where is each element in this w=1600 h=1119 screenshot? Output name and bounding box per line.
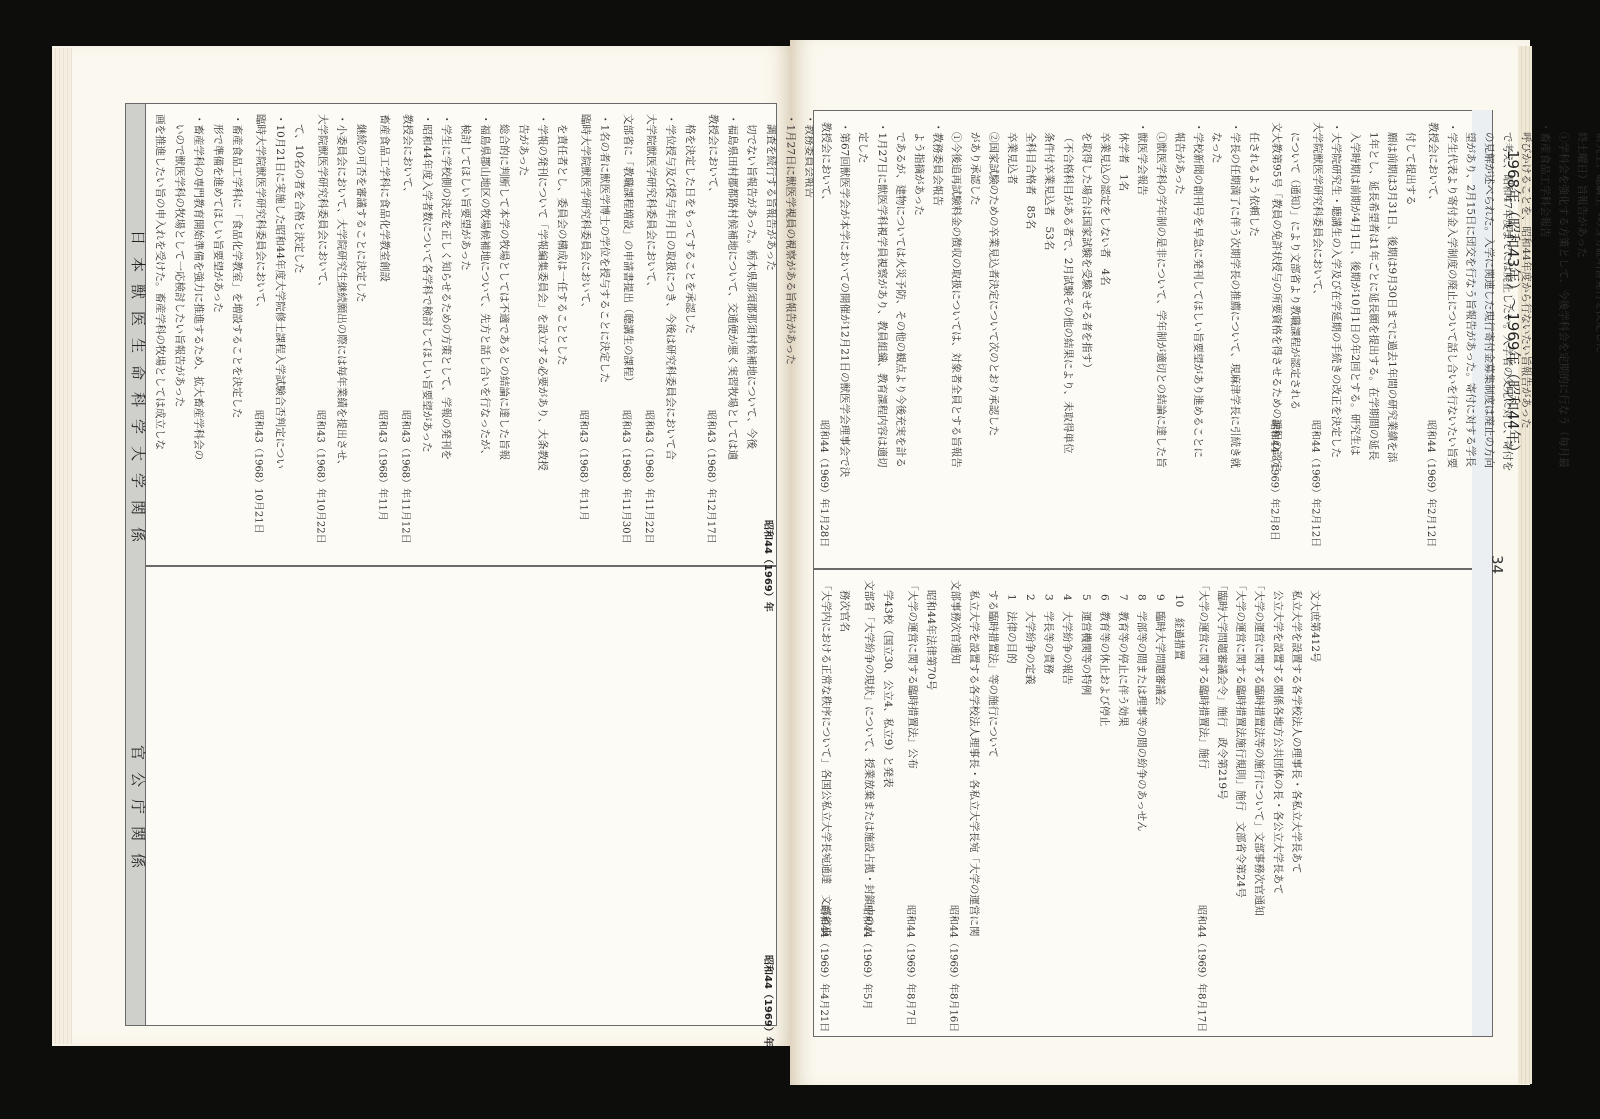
section-title-government: 官公庁関係 (128, 745, 149, 880)
section-divider (145, 565, 776, 567)
entry-line: 大学院獣医学研究科委員会において、 (1308, 122, 1327, 300)
entry-line: 教授会において、 (1423, 122, 1442, 206)
entry-line: ・畜産食品工学科に「食品化学教室」を増設することを決定した (227, 114, 246, 419)
entry-line: （不合格科目がある者で、2月試験その他の結果により、未取得単位 (1058, 132, 1077, 453)
entry-date: 昭和44（1969）年8月7日 (904, 905, 919, 1026)
entry-line: 「大学の運営に関する臨時措置法等の施行について」文部事務次官通知 (1249, 580, 1268, 916)
entry-line: て、10名の者を合格と決定した (289, 124, 308, 274)
entry-line: 告があった (513, 124, 532, 176)
entry-line: 臨時大学院獣医学研究科委員会において、 (575, 114, 594, 313)
entry-line: であるが、建物については火災予防、その他の観点より今後充実を計る (890, 132, 909, 468)
entry-date: 昭和43（1968）年12月17日 (705, 410, 720, 544)
entry-line: 「大学の運営に関する臨時措置法」施行 (1193, 580, 1212, 769)
entry-line: 調査を続行する旨報告があった (761, 124, 780, 271)
entry-line: 1年とし、延長希望者は1年ごとに延長願を提出する。在学期間の延長 (1363, 132, 1382, 460)
numbered-item: 9 臨時大学問題審議会 (1150, 594, 1169, 706)
entry-line: ・学生代表より寄付金入学制度の廃止について話し合いを行ないたい旨要 (1442, 122, 1461, 468)
entry-date: 昭和44（1969）年2月12日 (1310, 420, 1325, 547)
entry-line: 卒業見込者 (1002, 132, 1021, 185)
entry-line: 入学時期は前期が4月1日、後期が10月1日の年2回とする。研究生は (1345, 132, 1364, 456)
entry-line: なった (1207, 132, 1226, 164)
entry-date: 昭和43（1968）年11月22日 (643, 410, 658, 544)
entry-line: ・学長の任期満了に伴う次期学長の推薦について、現麻津学長に引続き就 (1225, 122, 1244, 468)
entry-line: 昭和44年法律第70号 (921, 590, 940, 690)
entry-line: 報告があった (1169, 132, 1188, 195)
entry-line: 学43校（国立30、公立4、私立9）と発表 (878, 590, 897, 788)
entry-line: 畜産食品工学科に食品化学教室創設 (374, 114, 393, 282)
entry-line: 文大庶第412号 (1305, 590, 1324, 663)
entry-line: 画を推進したい旨の申入れを受けた。畜産学科の牧場としては成立しな (150, 114, 169, 450)
entry-line: 文部省に「教職課程増設」の申請書提出（聴講生の課程） (618, 114, 637, 387)
entry-line: 休学者 1名 (1114, 132, 1133, 191)
entry-date: 昭和44（1969）年8月16日 (948, 905, 963, 1032)
entry-line: 私立大学を設置する各学校法人理事長・各私立大学長宛「大学の運営に関 (964, 590, 983, 937)
entry-line: 「臨時大学問題審議会令」施行 政令第219号 (1212, 580, 1231, 800)
entry-line: ①学科会を強化する方策として、今後学科会を定期的に行なう（毎月最 (1553, 132, 1572, 468)
entry-date: 昭和44（1969）年2月12日 (1425, 420, 1440, 547)
entry-date: 昭和43（1968）年11月12日 (400, 410, 415, 544)
entry-line: 形で準備を進めてほしい旨要望があった (208, 124, 227, 313)
entry-line: 教授会において、 (703, 114, 722, 198)
entry-line: 検討してほしい旨要望があった (456, 124, 475, 271)
page-edges-left (52, 48, 72, 1044)
entry-line: があり承認した (965, 132, 984, 206)
entry-line: ・獣医学会報告 (1132, 122, 1151, 196)
entry-line: よう指摘があった (909, 132, 928, 216)
entry-line: ・1名の者に獣医学博士の学位を授与することに決定した (595, 114, 614, 383)
entry-line: 「大学の運営に関する臨時措置法施行規則」施行 文部省令第24号 (1231, 580, 1250, 898)
entry-line: 望があり、2月15日に団交を行なう旨報告があった。寄付に対する学長 (1460, 132, 1479, 467)
entry-line: を責任者とし、委員会の構成は一任することとした (552, 124, 571, 366)
entry-line: いので獣医学科の牧場として一応検討したい旨報告があった (169, 124, 188, 407)
entry-line: 教授会において、 (816, 122, 835, 206)
numbered-item: 10 経過措置 (1169, 594, 1188, 660)
entry-line: ・教務委員会報告 (928, 122, 947, 206)
entry-line: 付して提出する (1401, 132, 1420, 206)
entry-line: を取得した場合は国家試験を受験させる者を指す） (1076, 132, 1095, 374)
page-number: 34 (1488, 555, 1506, 574)
entry-line: ・畜産食品工学科会報告 (1535, 122, 1554, 238)
year-marker-bottom: 昭和44（1969）年 (762, 955, 777, 1047)
entry-line: 公立大学を設置する関係各地方公共団体の長・各公立大学長あて (1268, 590, 1287, 895)
entry-line: ①今後追再試験料金の徴収の取扱については、対象者全員とする旨報告 (946, 132, 965, 468)
section-divider-right (814, 568, 1492, 570)
numbered-item: 4 大学紛争の報告 (1057, 594, 1076, 685)
entry-line: ・大学院研究生・聴講生の入学及び在学延期の手続きの改正を決定した (1326, 122, 1345, 458)
entry-line: ・福島県郡山地区の牧場候補地について、先方と話し合いを行なったが、 (475, 114, 494, 460)
entry-line: 定した (853, 132, 872, 164)
numbered-item: 6 教育等の休止および停止 (1094, 594, 1113, 727)
entry-line: 私立大学を設置する各学校法人の理事長・各私立大学長あて (1286, 590, 1305, 874)
entry-line: 任されるよう依頼した (1244, 132, 1263, 237)
entry-line: ②国家試験のための卒業見込者決定について次のとおり承認した (983, 132, 1002, 436)
entry-line: ・学位授与及び授与年月日の取扱につき、今後は研究科委員会において合 (661, 114, 680, 460)
entry-line: ・学校新聞の創刊号を早急に発刊してほしい旨要望があり進めることに (1188, 122, 1207, 458)
entry-date: 昭和43（1968）年10月22日 (314, 410, 329, 544)
entry-line: ・第67回獣医学会が本学においての開催が12月21日の獣医学会理事会で決 (835, 122, 854, 477)
entry-line: 継続の可否を審議することに決定した (351, 124, 370, 303)
entry-line: ・10月21日に実施した昭和44年度大学院修士課程入学試験合否判定につい (270, 114, 289, 469)
entry-line: ・1月27日に獣医学視員の視察がある旨報告があった (780, 114, 799, 365)
year-marker: 昭和44（1969）年 (762, 520, 777, 612)
entry-line: 臨時大学院獣医学研究科委員会において、 (251, 114, 270, 313)
entry-line: 大学院獣医学研究科委員会において、 (312, 114, 331, 292)
entry-line: ・1月27日に獣医学科視学員視察があり、教員組織、教育課程内容は適切 (872, 122, 891, 468)
numbered-item: 1 法律の目的 (1001, 594, 1020, 664)
entry-line: ・昭和44年度入学者数について各学科で検討してほしい旨要望があった (417, 114, 436, 453)
entry-line: 全科目合格者 85名 (1021, 132, 1040, 229)
entry-line: 「大学内における正常な秩序について」各国公私立大学長宛通達 文部省事 (816, 580, 835, 937)
entry-date: 昭和44（1969）年1月28日 (818, 420, 833, 547)
entry-line: 文部事務次官通知 (946, 580, 965, 664)
entry-date: 昭和43（1968）年11月 (376, 410, 391, 521)
entry-line: 卒業見込の認定をしない者 4名 (1095, 132, 1114, 286)
running-header: 1968年（昭和43年）～1969年（昭和44年） (1503, 150, 1524, 460)
entry-line: ・学報の発刊について「学報編集委員会」を設立する必要があり、大条教授 (533, 114, 552, 471)
entry-date: 昭和44（1969）年8月17日 (1195, 905, 1210, 1032)
entry-line: 終土曜日）旨報告があった (1572, 132, 1591, 258)
entry-line: 文大教第95号「教員の免許状授与の所要資格を得させるための課程の認定 (1266, 122, 1285, 471)
numbered-item: 7 教育等の停止に伴う効果 (1113, 594, 1132, 727)
entry-line: 「大学の運営に関する臨時措置法」公布 (902, 580, 921, 769)
entry-line: 条件付卒業見込者 53名 (1039, 132, 1058, 250)
entry-line: ・畜産学科の専門教育開始準備を強力に推進するため、拡大畜産学科会の (189, 114, 208, 460)
numbered-item: 8 学部等の間または理事等の間の紛争のあっせん (1132, 594, 1151, 832)
entry-line: 切でない旨報告があった。栃木県那須郡那須村候補地について、今後 (742, 124, 761, 449)
numbered-item: 3 学長等の責務 (1039, 594, 1058, 674)
entry-line: の見解が述べられた。入学に関連した現行寄付金募集制度は廃止の方向 (1479, 132, 1498, 468)
entry-date: 昭和43（1968）年11月 (577, 410, 592, 521)
entry-line: する臨時措置法」等の施行について (983, 590, 1002, 758)
entry-line: 文部省「大学紛争の現状」について、授業放棄または施設占拠・封鎖中の大 (859, 580, 878, 937)
entry-line: 大学院獣医学研究科委員会において、 (641, 114, 660, 292)
entry-line: 務次官名 (835, 590, 854, 632)
entry-line: ・学生に学校側の決定を正しく知らせるための方策として、学報の発刊を (436, 114, 455, 460)
entry-line: 総合的に判断して本学の牧場としては不適であるとの結論に達した旨報 (494, 124, 513, 460)
entry-line: ・小委員会において、大学院研究生継続願出の際には毎年業績を提出させ、 (332, 114, 351, 470)
entry-line: ・研究生、聴講生への身分証明書発行を決定した (1591, 122, 1600, 353)
entry-line: 格を決定した日をもってすることを承認した (680, 124, 699, 334)
numbered-item: 2 大学紛争の定義 (1020, 594, 1039, 685)
entry-date: 昭和43（1968）10月21日 (253, 410, 268, 534)
entry-line: ①獣医学科の学年制の是非について、学年制が適切との結論に達した旨 (1151, 132, 1170, 468)
entry-line: 願は前期は3月31日、後期は9月30日までに過去1年間の研究業績を添 (1382, 132, 1401, 462)
entry-line: について（通知）」により文部省より教職課程が認定される (1285, 132, 1304, 410)
entry-line: ・福島県田村郡都路村候補地について、交通便が悪く実習牧場としては適 (722, 114, 741, 460)
section-title-university: 日本獣医生命科学大学関係 (128, 230, 149, 554)
numbered-item: 5 運営機関等の特例 (1076, 594, 1095, 695)
entry-line: 教授会において、 (398, 114, 417, 198)
entry-date: 昭和43（1968）年11月30日 (620, 410, 635, 544)
